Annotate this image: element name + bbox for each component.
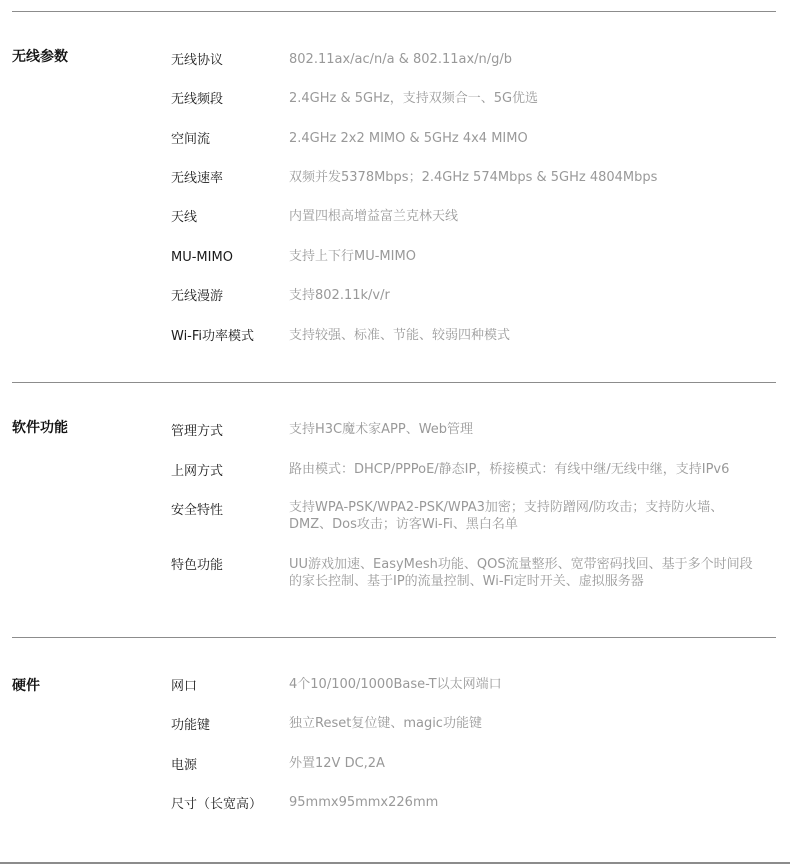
spec-value: 支持WPA-PSK/WPA2-PSK/WPA3加密；支持防蹭网/防攻击；支持防火…	[289, 499, 759, 533]
spec-value: 内置四根高增益富兰克林天线	[289, 208, 759, 225]
spec-value: 支持H3C魔术家APP、Web管理	[289, 421, 759, 438]
spec-value: 路由模式：DHCP/PPPoE/静态IP，桥接模式：有线中继/无线中继，支持IP…	[289, 461, 759, 478]
spec-value: 2.4GHz & 5GHz，支持双频合一、5G优选	[289, 90, 759, 107]
section-title: 无线参数	[12, 48, 68, 66]
spec-value: 支持上下行MU-MIMO	[289, 248, 759, 265]
section-title: 硬件	[12, 677, 40, 695]
spec-value: 2.4GHz 2x2 MIMO & 5GHz 4x4 MIMO	[289, 130, 759, 147]
spec-label: 无线频段	[171, 91, 223, 109]
spec-label: MU-MIMO	[171, 249, 233, 267]
spec-label: 电源	[171, 757, 197, 775]
spec-label: 无线协议	[171, 52, 223, 70]
spec-value: 支持较强、标准、节能、较弱四种模式	[289, 327, 759, 344]
spec-label: 网口	[171, 678, 197, 696]
spec-label: 功能键	[171, 717, 210, 735]
spec-label: 特色功能	[171, 557, 223, 575]
spec-label: 无线漫游	[171, 288, 223, 306]
spec-label: 空间流	[171, 131, 210, 149]
spec-label: 尺寸（长宽高）	[171, 796, 262, 814]
spec-label: 上网方式	[171, 463, 223, 481]
spec-value: UU游戏加速、EasyMesh功能、QOS流量整形、宽带密码找回、基于多个时间段…	[289, 556, 759, 590]
divider	[12, 637, 776, 638]
spec-label: 天线	[171, 209, 197, 227]
spec-value: 95mmx95mmx226mm	[289, 794, 759, 811]
spec-value: 双频并发5378Mbps；2.4GHz 574Mbps & 5GHz 4804M…	[289, 169, 759, 186]
spec-value: 独立Reset复位键、magic功能键	[289, 715, 759, 732]
spec-value: 4个10/100/1000Base-T以太网端口	[289, 676, 759, 693]
spec-label: Wi-Fi功率模式	[171, 328, 254, 346]
divider	[12, 382, 776, 383]
spec-label: 管理方式	[171, 423, 223, 441]
spec-label: 无线速率	[171, 170, 223, 188]
spec-value: 802.11ax/ac/n/a & 802.11ax/n/g/b	[289, 51, 759, 68]
spec-value: 外置12V DC,2A	[289, 755, 759, 772]
spec-label: 安全特性	[171, 502, 223, 520]
divider-top	[12, 11, 776, 12]
section-title: 软件功能	[12, 419, 68, 437]
spec-value: 支持802.11k/v/r	[289, 287, 759, 304]
